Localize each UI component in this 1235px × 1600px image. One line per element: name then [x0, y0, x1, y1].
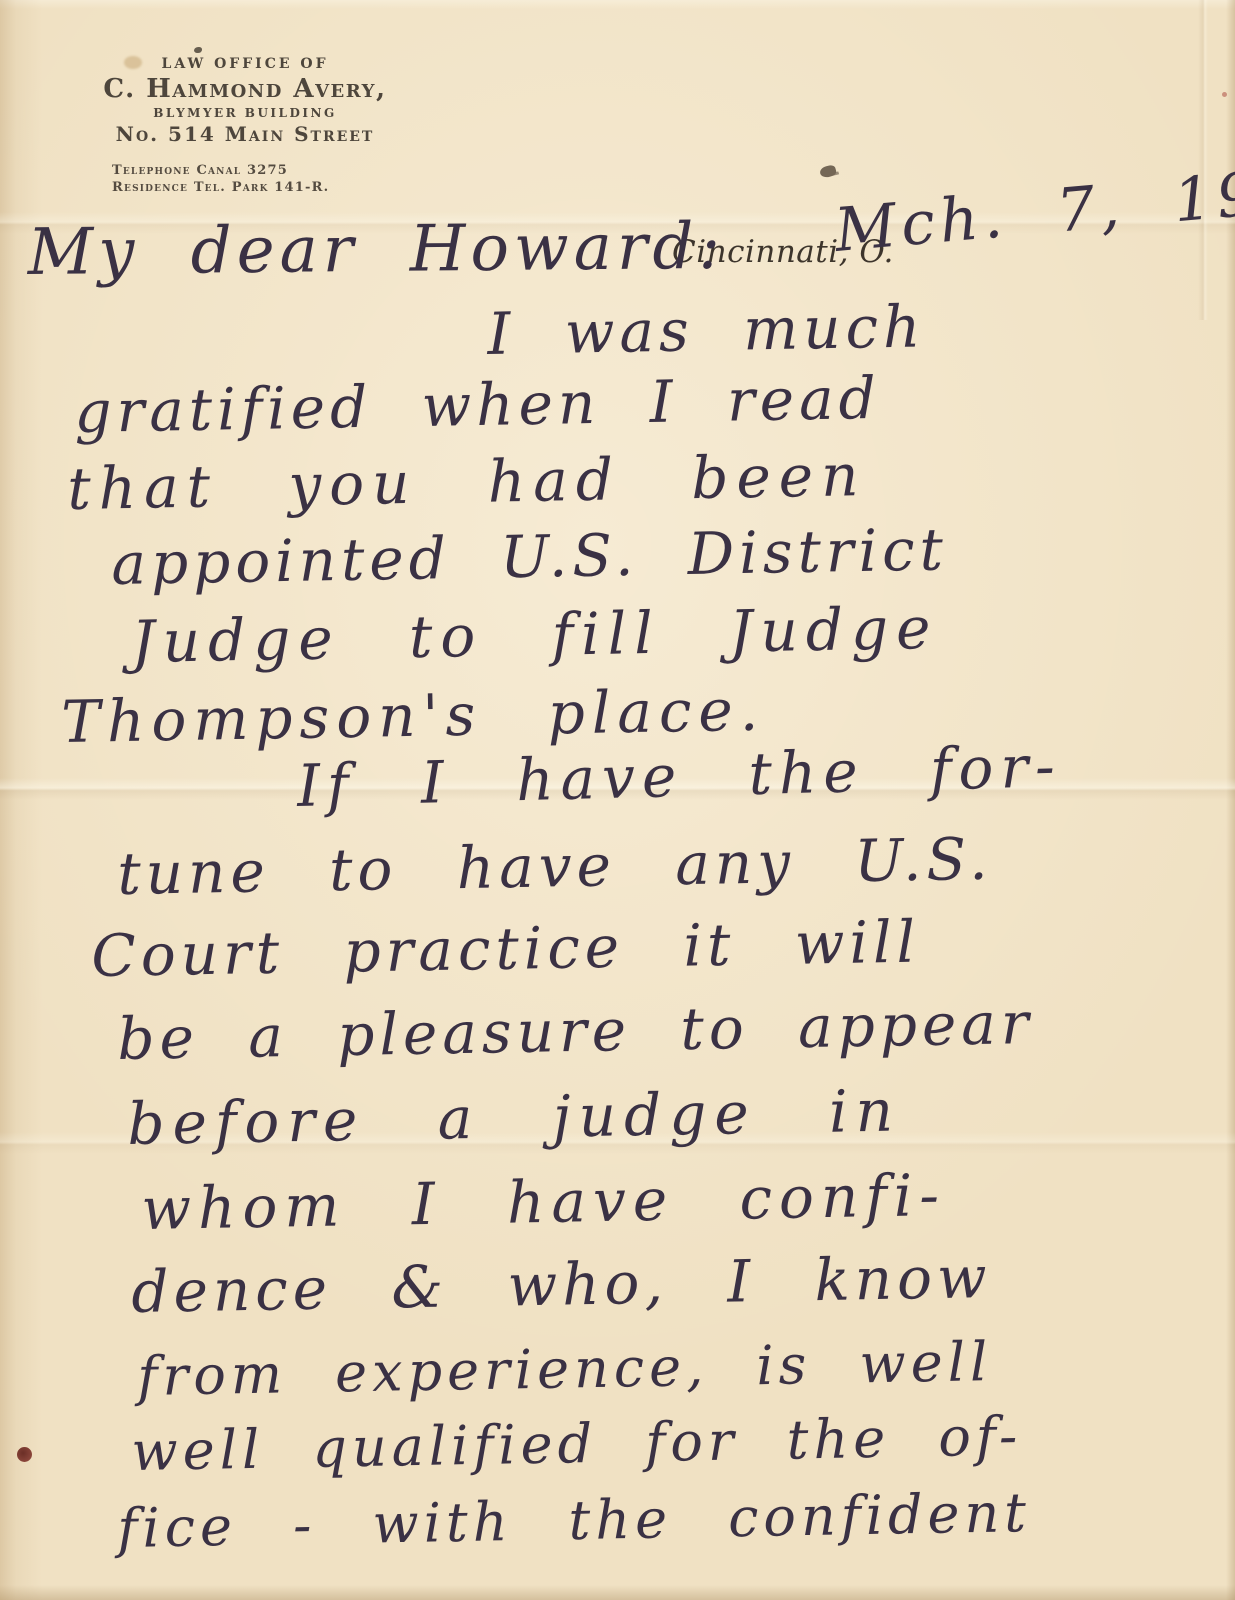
edge-speck	[1222, 92, 1227, 97]
red-wax-dot	[17, 1447, 32, 1462]
body-line: be a pleasure to appear	[117, 989, 1034, 1073]
body-line: I was much	[487, 292, 926, 368]
body-line: Judge to fill Judge	[131, 594, 939, 676]
body-line: fice - with the confident	[117, 1481, 1032, 1560]
body-line: tune to have any U.S.	[117, 825, 993, 908]
body-line: Court practice it will	[91, 908, 921, 990]
ink-speck	[194, 47, 202, 53]
letterhead-residence-tel: Residence Tel. Park 141-R.	[112, 179, 395, 196]
letterhead-phones: Telephone Canal 3275 Residence Tel. Park…	[112, 162, 395, 196]
letter-page: LAW OFFICE OF C. Hammond Avery, Blymyer …	[0, 0, 1235, 1600]
body-line: from experience, is well	[137, 1330, 993, 1408]
letterhead-building: Blymyer Building	[95, 106, 395, 120]
letterhead-office-of: LAW OFFICE OF	[95, 56, 395, 72]
handwritten-date: Mch. 7, 1910	[832, 152, 1235, 266]
letterhead-name: C. Hammond Avery,	[95, 74, 395, 104]
paper-crease-vertical	[1198, 0, 1208, 320]
body-line: appointed U.S. District	[111, 515, 949, 598]
body-line: gratified when I read	[74, 364, 881, 446]
body-line: dence & who, I know	[131, 1243, 992, 1326]
ink-blot	[819, 164, 837, 179]
letterhead: LAW OFFICE OF C. Hammond Avery, Blymyer …	[95, 56, 395, 196]
letterhead-street: No. 514 Main Street	[95, 122, 395, 146]
letterhead-telephone: Telephone Canal 3275	[112, 162, 395, 179]
body-line: before a judge in	[127, 1077, 902, 1158]
salutation: My dear Howard:	[27, 210, 725, 290]
body-line: whom I have confi-	[141, 1161, 947, 1243]
body-line: that you had been	[67, 441, 867, 523]
body-line: well qualified for the of-	[131, 1404, 1023, 1483]
